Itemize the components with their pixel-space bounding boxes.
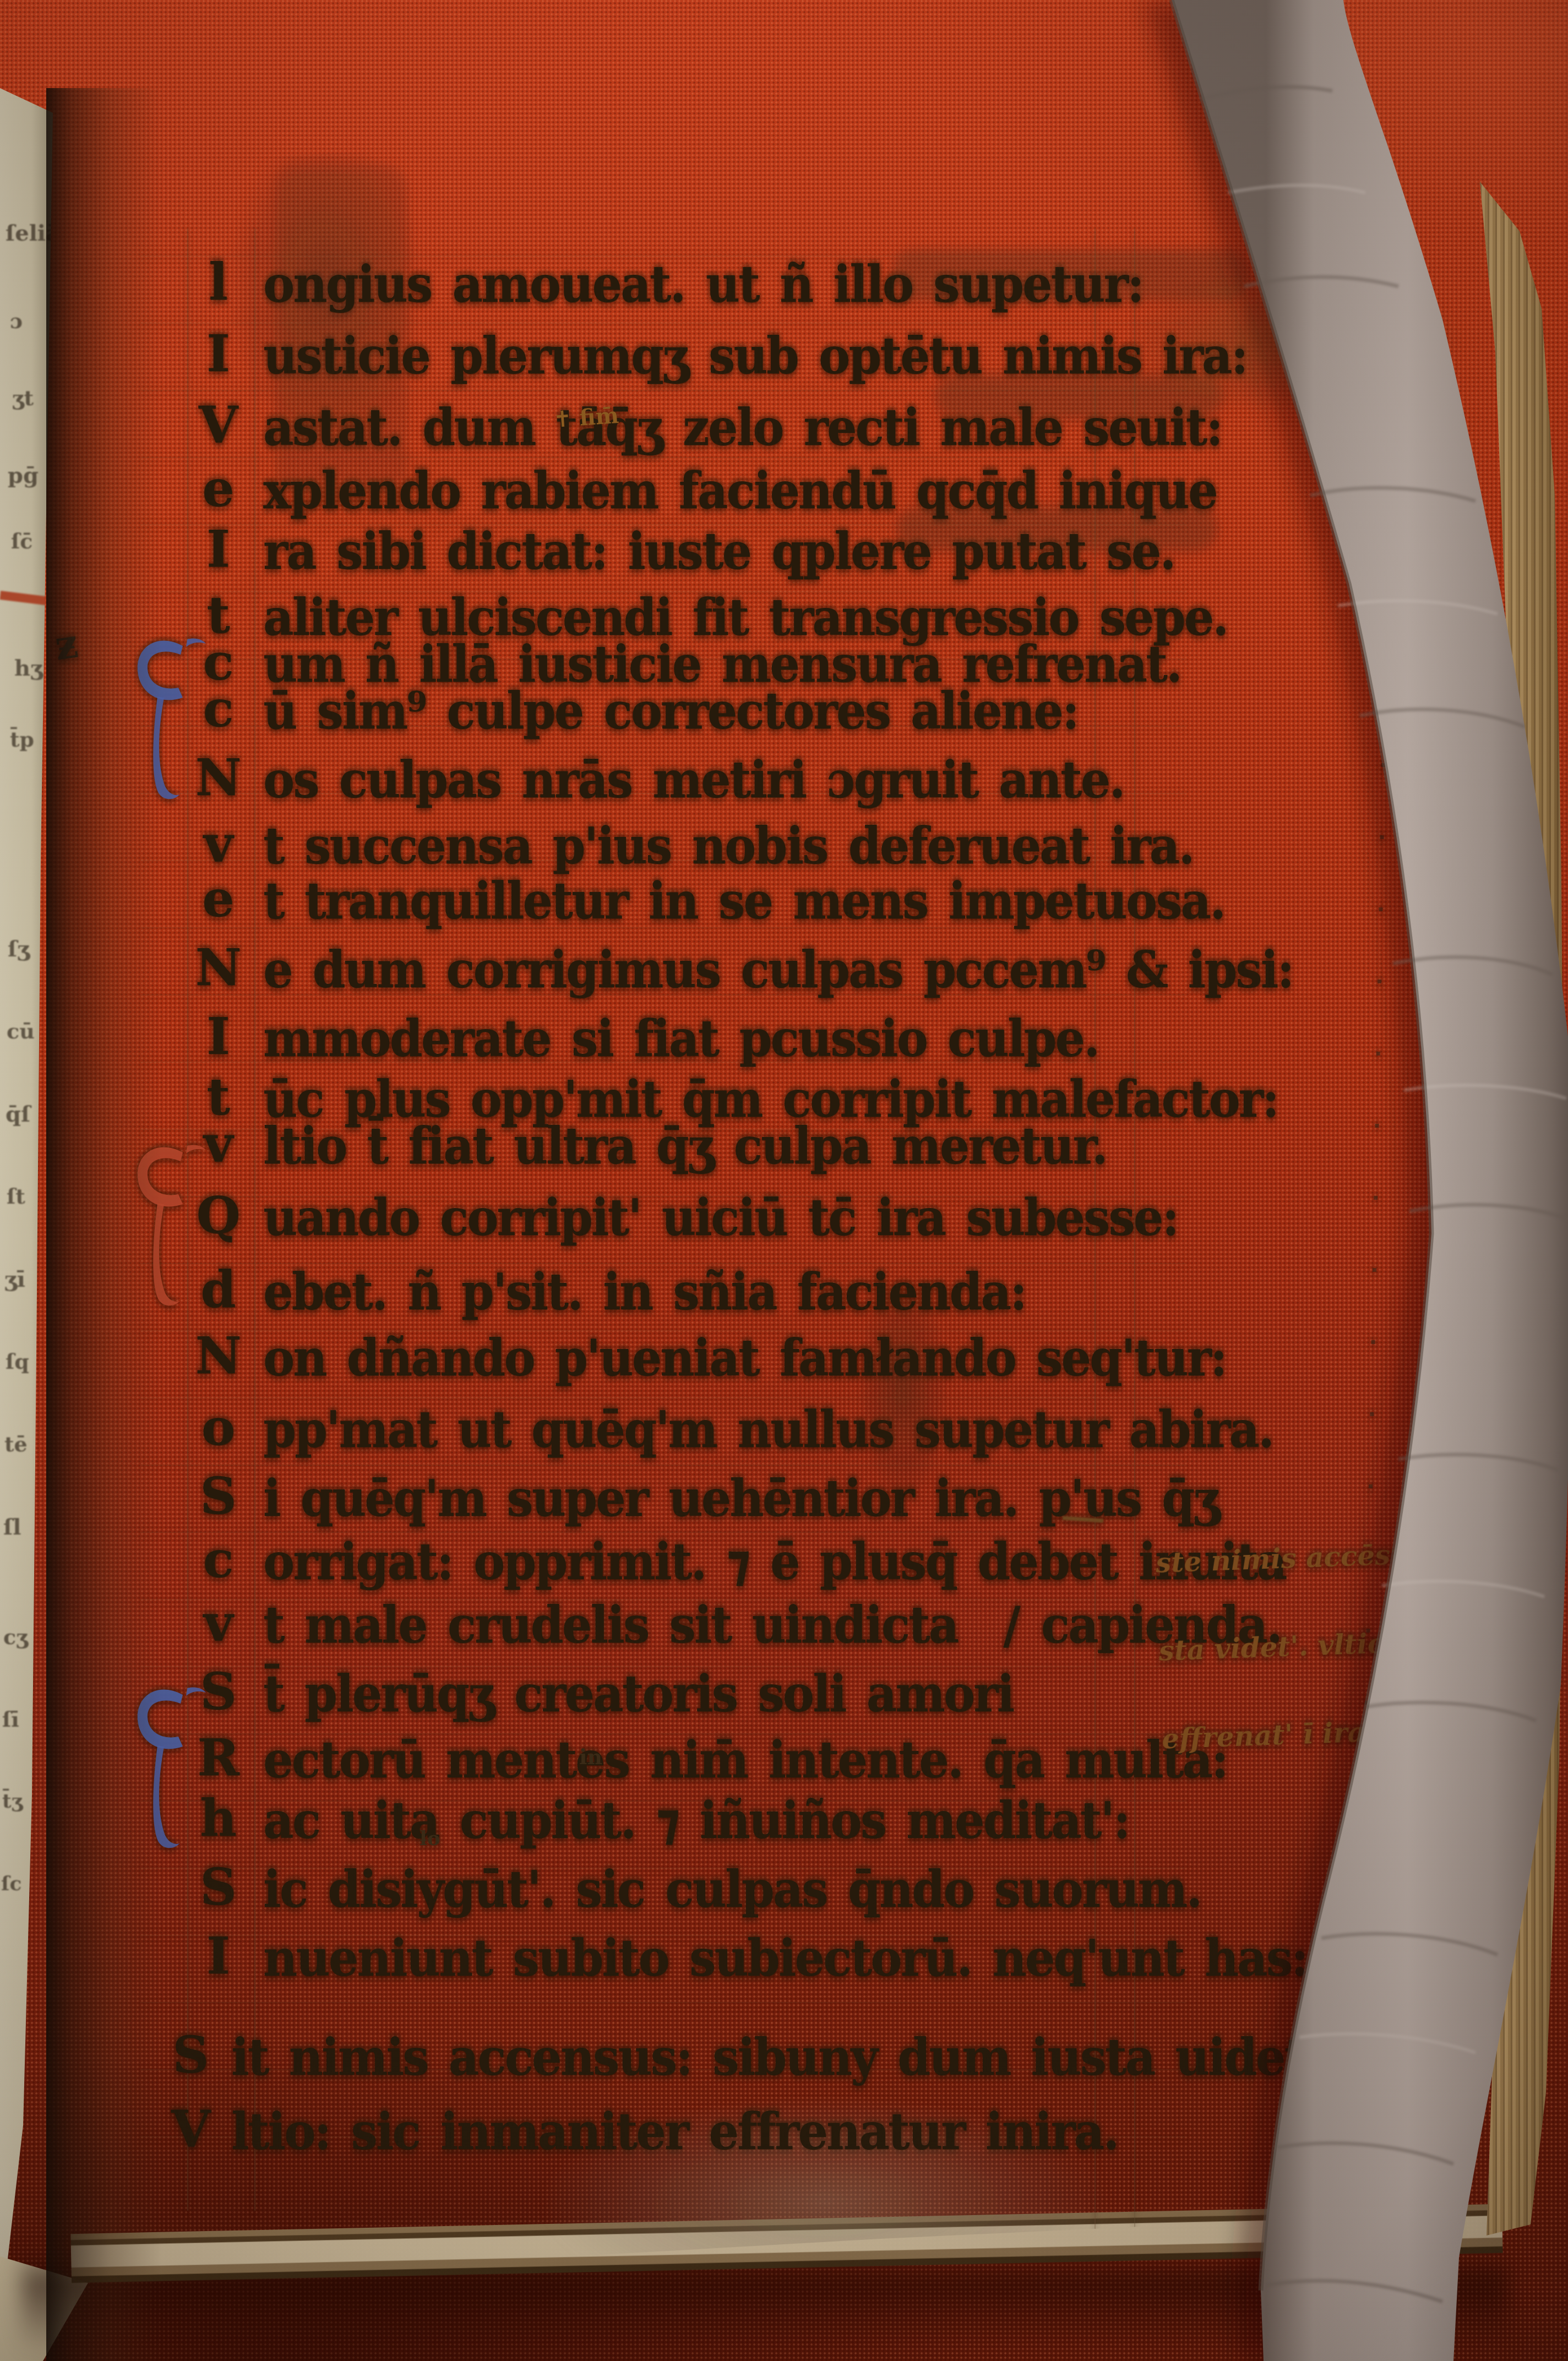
strap [1172, 0, 1568, 2361]
strap-graphic [0, 0, 1568, 2361]
manuscript-photo: ſeliāt.ɔʒtpḡſc̄hʒt̄pſʒcūq̄ſſtʒīſqtēſlcʒſ… [0, 0, 1568, 2361]
